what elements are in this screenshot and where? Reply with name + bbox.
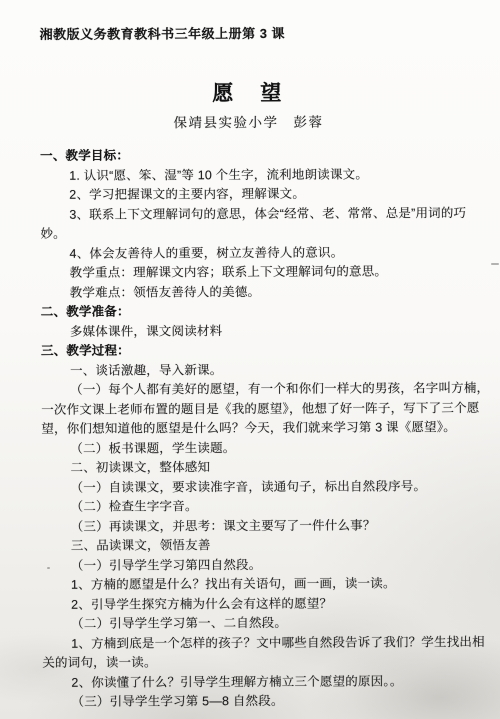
text-line: 教学重点：理解课文内容；联系上下文理解词句的意思。 [41, 262, 458, 283]
scanned-document-page: 湘教版义务教育教科书三年级上册第 3 课 愿 望 保靖县实验小学 彭蓉 一、教学… [0, 0, 500, 719]
text-line: 二、教学准备： [41, 301, 458, 322]
text-line: 多媒体课件，课文阅读材料 [41, 321, 458, 342]
text-line: 一、谈话激趣，导入新课。 [41, 360, 458, 381]
text-line: 2、引导学生探究方楠为什么会有这样的愿望？ [42, 594, 459, 615]
text-line: 妙。 [40, 223, 457, 244]
text-line: （一）引导学生学习第四自然段。 [42, 555, 459, 576]
author-byline: 保靖县实验小学 彭蓉 [40, 113, 457, 133]
text-line: （二）引导学生学习第一、二自然段。 [42, 613, 459, 634]
text-line: 二、初读课文，整体感知 [41, 457, 458, 478]
text-line: （三）再读课文，并思考：课文主要写了一件什么事？ [42, 516, 459, 537]
text-line: 4、体会友善待人的重要，树立友善待人的意识。 [40, 243, 457, 264]
textbook-edition-header: 湘教版义务教育教科书三年级上册第 3 课 [40, 25, 457, 43]
text-line: 1、方楠的愿望是什么？找出有关语句，画一画，读一读。 [42, 574, 459, 595]
text-line: 教学难点：领悟友善待人的美德。 [41, 282, 458, 303]
text-line: （一）每个人都有美好的愿望，有一个和你们一样大的男孩，名字叫方楠， [41, 379, 458, 400]
text-line: 关的词句，读一读。 [42, 652, 459, 673]
text-line: 1、方楠到底是一个怎样的孩子？文中哪些自然段告诉了我们？学生找出相 [42, 633, 459, 654]
text-line: （一）自读课文，要求读准字音，读通句子，标出自然段序号。 [42, 477, 459, 498]
lesson-title: 愿 望 [40, 80, 457, 108]
text-line: 三、品读课文，领悟友善 [42, 535, 459, 556]
text-line: 三、教学过程： [41, 340, 458, 361]
text-line: 2、你读懂了什么？引导学生理解方楠立三个愿望的原因。。 [42, 672, 459, 693]
text-line: （二）检查生字字音。 [42, 496, 459, 517]
text-line: 一、教学目标： [40, 145, 457, 166]
text-line: 2、学习把握课文的主要内容，理解课文。 [40, 184, 457, 205]
document-content: 湘教版义务教育教科书三年级上册第 3 课 愿 望 保靖县实验小学 彭蓉 一、教学… [0, 0, 500, 719]
text-line: 1. 认识“愿、笨、湿”等 10 个生字，流利地朗读课文。 [40, 165, 457, 186]
document-body: 一、教学目标：1. 认识“愿、笨、湿”等 10 个生字，流利地朗读课文。2、学习… [40, 145, 459, 712]
text-line: 3、联系上下文理解词句的意思，体会“经常、老、常常、总是”用词的巧 [40, 204, 457, 225]
text-line: （三）引导学生学习第 5—8 自然段。 [42, 691, 459, 712]
text-line: 一次作文课上老师布置的题目是《我的愿望》，他想了好一阵子，写下了三个愿 [41, 399, 458, 420]
text-line: （二）板书课题，学生读题。 [41, 438, 458, 459]
text-line: 望，你们想知道他的愿望是什么吗？今天，我们就来学习第 3 课《愿望》。 [41, 418, 458, 439]
